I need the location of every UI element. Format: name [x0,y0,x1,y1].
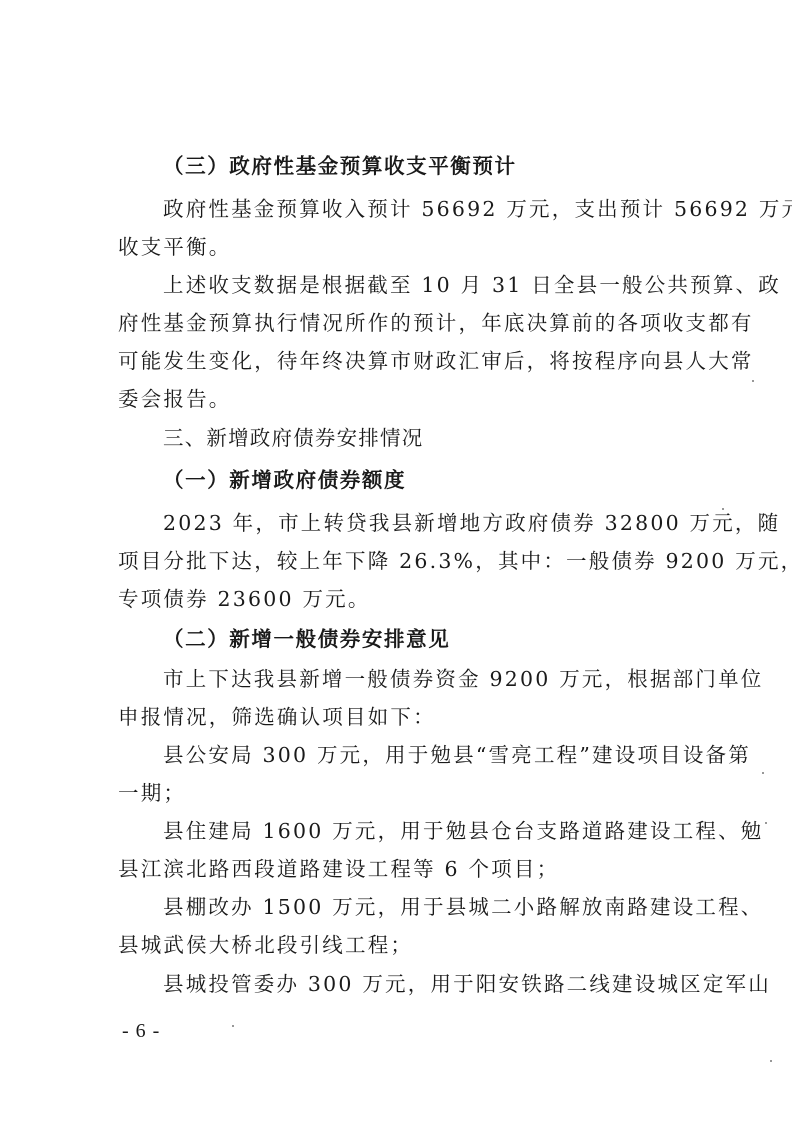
scan-speck [765,822,767,824]
paragraph-line: 府性基金预算执行情况所作的预计，年底决算前的各项收支都有 [118,310,698,336]
paragraph-line: 项目分批下达，较上年下降 26.3%，其中：一般债券 9200 万元， [118,548,698,574]
subheading-general-bond-arrangement: （二）新增一般债券安排意见 [163,626,698,652]
paragraph-line: 2023 年，市上转贷我县新增地方政府债券 32800 万元，随 [163,510,698,536]
paragraph-line: 县棚改办 1500 万元，用于县城二小路解放南路建设工程、 [163,894,698,920]
paragraph-line: 县江滨北路西段道路建设工程等 6 个项目； [118,856,698,882]
paragraph-line: 一期； [118,780,698,806]
paragraph-line: 专项债券 23600 万元。 [118,586,698,612]
document-page: （三）政府性基金预算收支平衡预计 政府性基金预算收入预计 56692 万元，支出… [0,0,792,1121]
scan-speck [232,1025,234,1027]
paragraph-line: 市上下达我县新增一般债券资金 9200 万元，根据部门单位 [163,666,698,692]
subheading-bond-quota: （一）新增政府债券额度 [163,467,698,493]
paragraph-line: 上述收支数据是根据截至 10 月 31 日全县一般公共预算、政 [163,272,698,298]
section-heading-new-bonds: 三、新增政府债券安排情况 [163,425,698,451]
scan-speck [762,772,764,774]
paragraph-line: 县公安局 300 万元，用于勉县“雪亮工程”建设项目设备第 [163,742,698,768]
scan-speck [722,508,724,510]
paragraph-line: 可能发生变化，待年终决算市财政汇审后，将按程序向县人大常 [118,348,698,374]
scan-speck [752,380,754,382]
paragraph-line: 收支平衡。 [118,234,698,260]
subheading-fund-budget-balance: （三）政府性基金预算收支平衡预计 [163,153,698,179]
scan-speck [770,1060,772,1062]
paragraph-line: 县城投管委办 300 万元，用于阳安铁路二线建设城区定军山 [163,971,698,997]
paragraph-line: 县城武侯大桥北段引线工程； [118,932,698,958]
paragraph-line: 申报情况，筛选确认项目如下： [118,704,698,730]
paragraph-line: 县住建局 1600 万元，用于勉县仓台支路道路建设工程、勉 [163,818,698,844]
paragraph-line: 政府性基金预算收入预计 56692 万元，支出预计 56692 万元， [163,196,698,222]
paragraph-line: 委会报告。 [118,386,698,412]
page-number: - 6 - [122,1020,160,1043]
